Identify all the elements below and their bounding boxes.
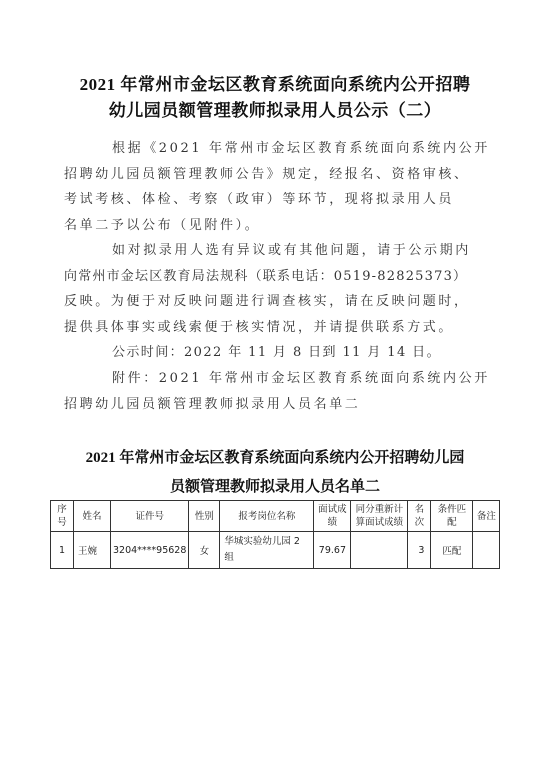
paragraph-notice-period: 公示时间：2022 年 11 月 8 日到 11 月 14 日。 xyxy=(84,340,484,366)
paragraph-attachment: 附件：2021 年常州市金坛区教育系统面向系统内公开 招聘幼儿园员额管理教师拟录… xyxy=(84,366,484,417)
table-header-row: 序号 姓名 证件号 性别 报考岗位名称 面试成绩 同分重新计算面试成绩 名次 条… xyxy=(51,501,500,532)
header-rank: 名次 xyxy=(408,501,431,532)
cell-condition-match: 匹配 xyxy=(431,532,473,569)
header-name: 姓名 xyxy=(74,501,111,532)
attachment-title-line-2: 员额管理教师拟录用人员名单二 xyxy=(0,475,550,496)
header-gender: 性别 xyxy=(189,501,220,532)
header-position: 报考岗位名称 xyxy=(220,501,314,532)
paragraph-basis: 根据《2021 年常州市金坛区教育系统面向系统内公开 招聘幼儿园员额管理教师公告… xyxy=(84,136,484,238)
header-recalculated-score: 同分重新计算面试成绩 xyxy=(351,501,408,532)
cell-name: 王婉 xyxy=(74,532,111,569)
text-line: 招聘幼儿园员额管理教师公告》规定，经报名、资格审核、 xyxy=(64,162,484,188)
cell-recalculated-score xyxy=(351,532,408,569)
header-remarks: 备注 xyxy=(473,501,500,532)
header-id-number: 证件号 xyxy=(111,501,189,532)
paragraph-objection: 如对拟录用人选有异议或有其他问题，请于公示期内 向常州市金坛区教育局法规科（联系… xyxy=(84,238,484,340)
text-line: 名单二予以公布（见附件）。 xyxy=(64,213,484,239)
cell-rank: 3 xyxy=(408,532,431,569)
text-line: 公示时间：2022 年 11 月 8 日到 11 月 14 日。 xyxy=(84,340,484,366)
text-line: 根据《2021 年常州市金坛区教育系统面向系统内公开 xyxy=(84,136,484,162)
cell-interview-score: 79.67 xyxy=(314,532,351,569)
cell-id-number: 3204****95628 xyxy=(111,532,189,569)
text-line: 反映。为便于对反映问题进行调查核实，请在反映问题时， xyxy=(64,289,484,315)
text-line: 考试考核、体检、考察（政审）等环节，现将拟录用人员 xyxy=(64,187,484,213)
cell-remarks xyxy=(473,532,500,569)
document-title-line-1: 2021 年常州市金坛区教育系统面向系统内公开招聘 xyxy=(0,70,550,95)
text-line: 附件：2021 年常州市金坛区教育系统面向系统内公开 xyxy=(84,366,484,392)
cell-position: 华城实验幼儿园 2 组 xyxy=(220,532,314,569)
document-title-line-2: 幼儿园员额管理教师拟录用人员公示（二） xyxy=(0,96,550,121)
text-line: 向常州市金坛区教育局法规科（联系电话：0519-82825373） xyxy=(64,264,484,290)
attachment-title-line-1: 2021 年常州市金坛区教育系统面向系统内公开招聘幼儿园 xyxy=(0,446,550,467)
header-condition-match: 条件匹配 xyxy=(431,501,473,532)
cell-gender: 女 xyxy=(189,532,220,569)
table-row: 1 王婉 3204****95628 女 华城实验幼儿园 2 组 79.67 3… xyxy=(51,532,500,569)
candidate-table: 序号 姓名 证件号 性别 报考岗位名称 面试成绩 同分重新计算面试成绩 名次 条… xyxy=(50,500,500,569)
cell-index: 1 xyxy=(51,532,74,569)
header-index: 序号 xyxy=(51,501,74,532)
header-interview-score: 面试成绩 xyxy=(314,501,351,532)
text-line: 如对拟录用人选有异议或有其他问题，请于公示期内 xyxy=(84,238,484,264)
text-line: 提供具体事实或线索便于核实情况，并请提供联系方式。 xyxy=(64,315,484,341)
text-line: 招聘幼儿园员额管理教师拟录用人员名单二 xyxy=(64,392,484,418)
